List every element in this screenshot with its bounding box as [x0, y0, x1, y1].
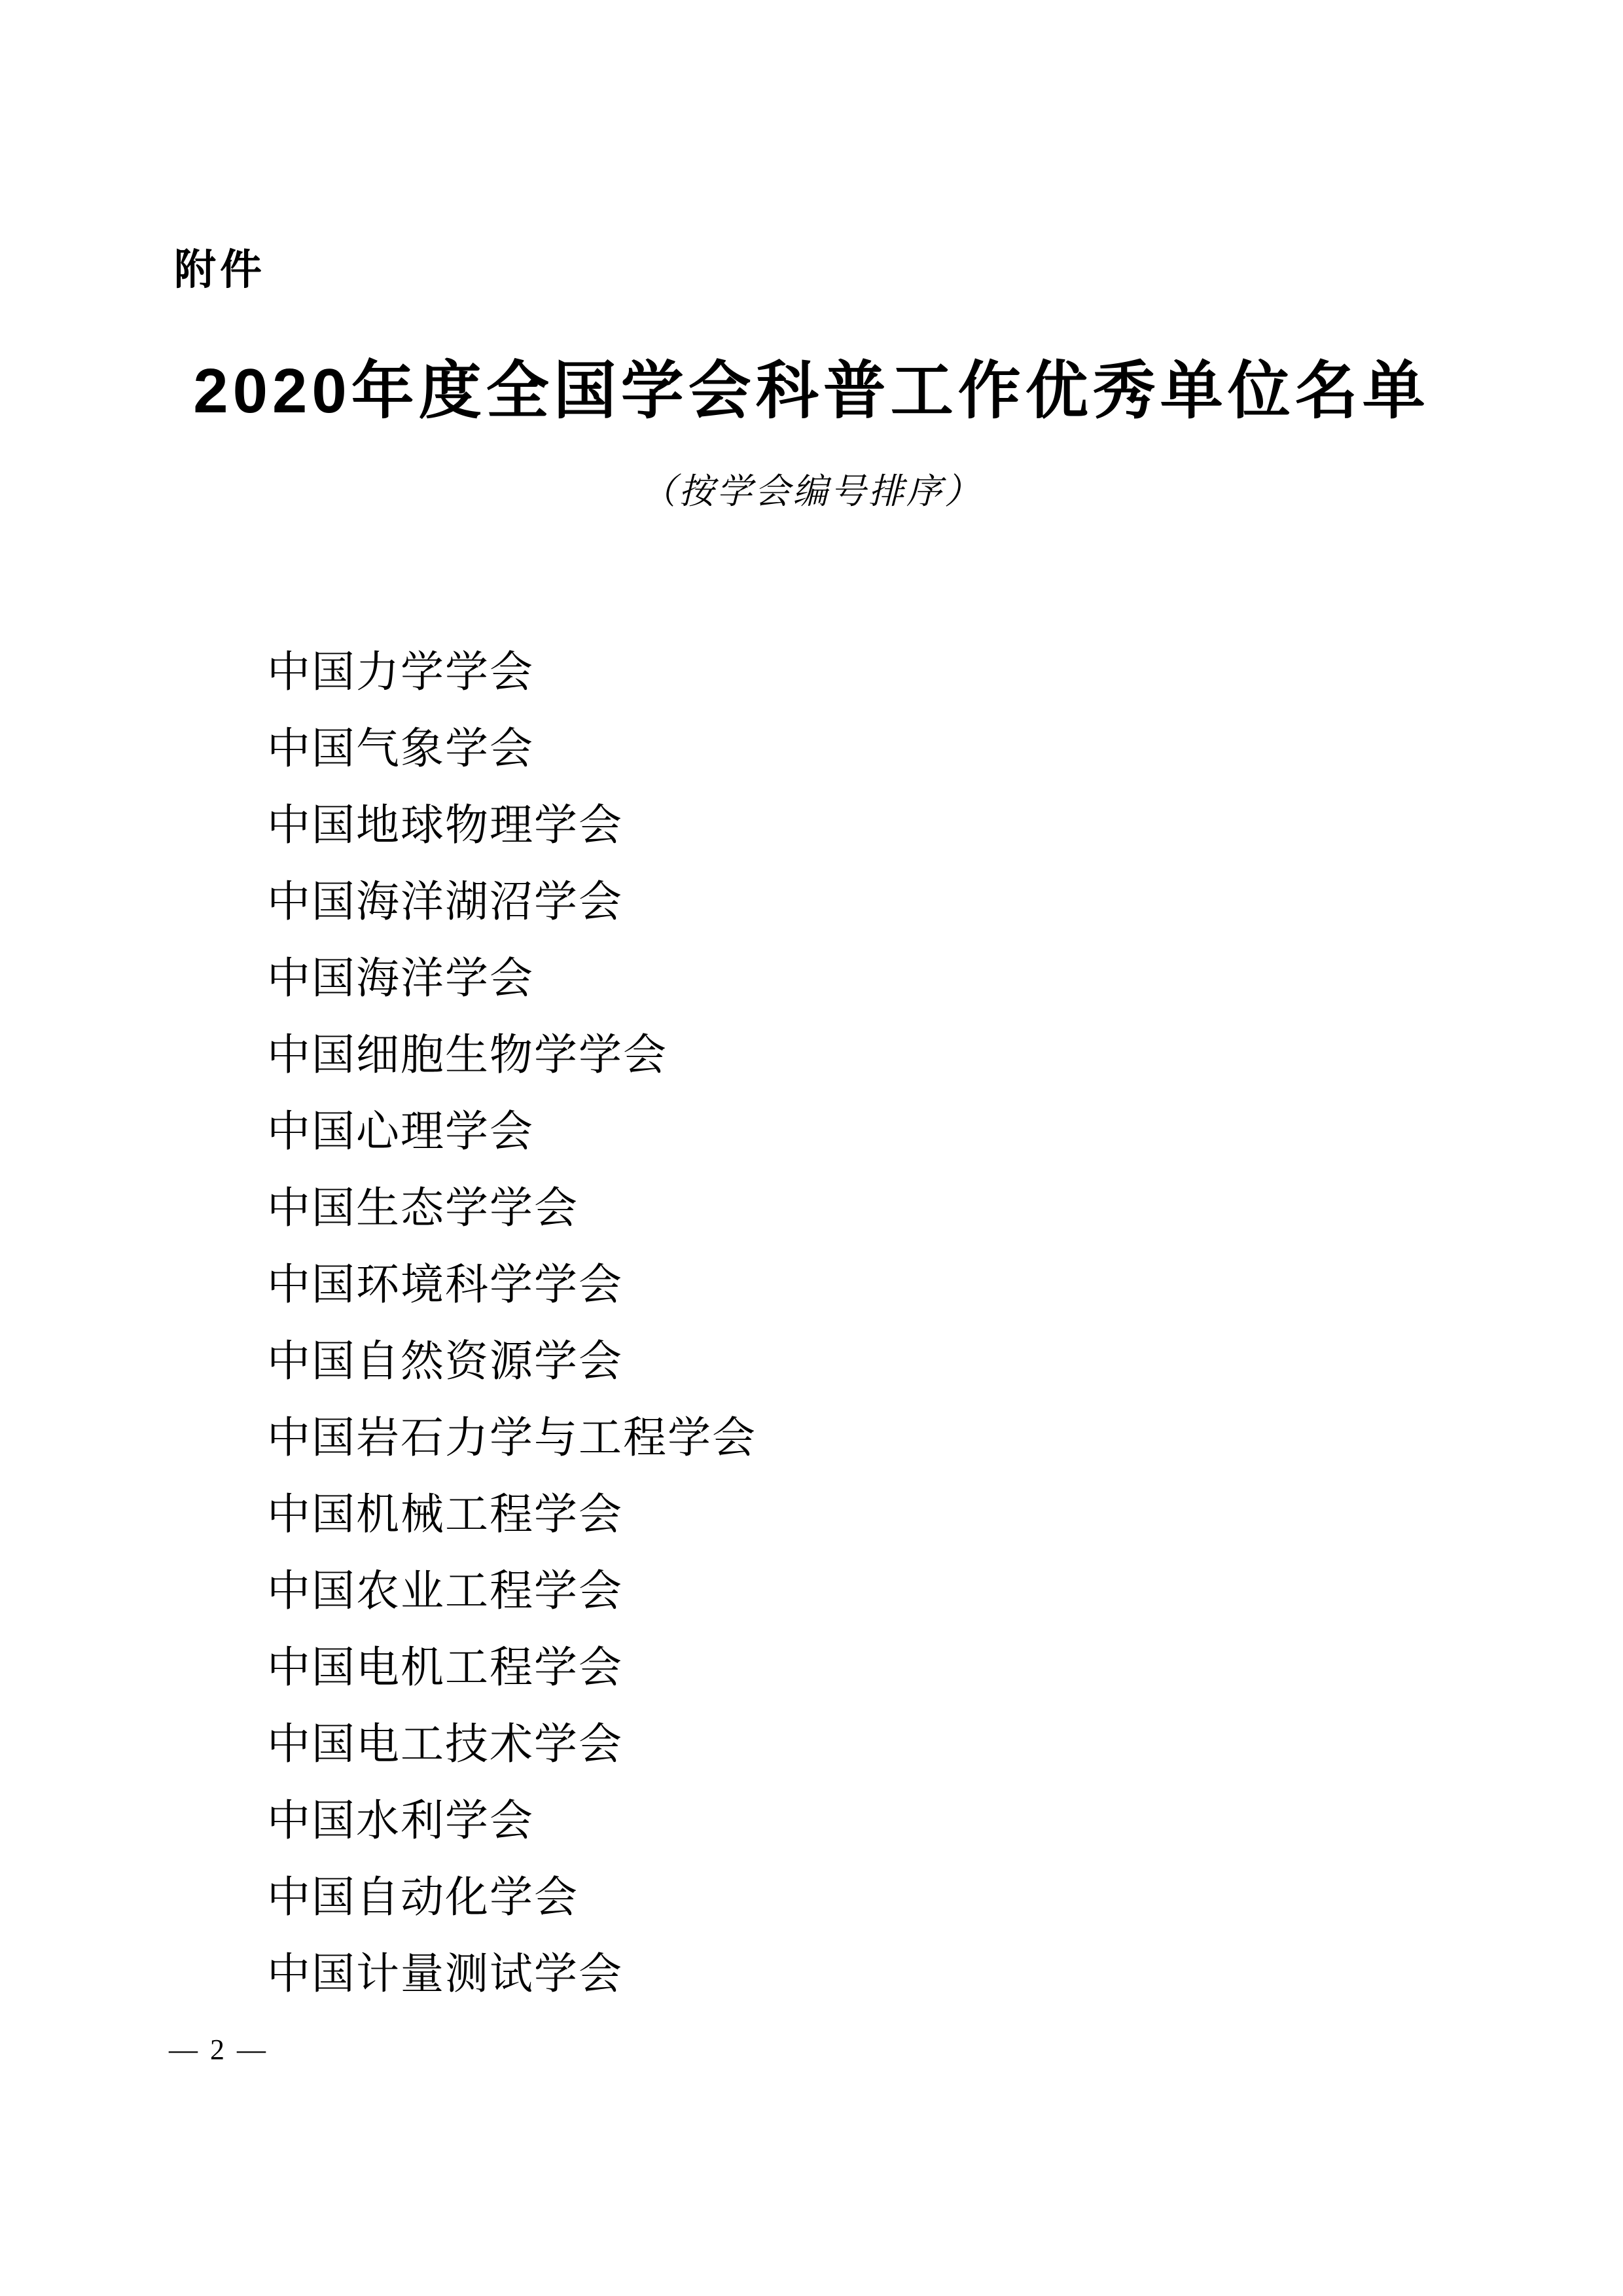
document-page: 附件 2020年度全国学会科普工作优秀单位名单 （按学会编号排序） 中国力学学会…	[0, 0, 1623, 2296]
list-item: 中国岩石力学与工程学会	[267, 1400, 757, 1477]
list-item: 中国电工技术学会	[267, 1706, 757, 1783]
list-item: 中国生态学学会	[267, 1170, 757, 1247]
list-item: 中国计量测试学会	[267, 1936, 757, 2013]
list-item: 中国机械工程学会	[267, 1477, 757, 1553]
society-list: 中国力学学会 中国气象学会 中国地球物理学会 中国海洋湖沼学会 中国海洋学会 中…	[267, 634, 757, 2013]
list-item: 中国地球物理学会	[267, 787, 757, 864]
attachment-label: 附件	[174, 249, 266, 291]
list-item: 中国自然资源学会	[267, 1323, 757, 1400]
list-item: 中国海洋学会	[267, 941, 757, 1017]
document-title: 2020年度全国学会科普工作优秀单位名单	[0, 359, 1623, 425]
list-item: 中国电机工程学会	[267, 1630, 757, 1706]
list-item: 中国环境科学学会	[267, 1247, 757, 1323]
list-item: 中国海洋湖沼学会	[267, 864, 757, 941]
document-subtitle: （按学会编号排序）	[0, 473, 1623, 511]
list-item: 中国水利学会	[267, 1783, 757, 1859]
page-number: — 2 —	[169, 2033, 268, 2068]
list-item: 中国心理学会	[267, 1094, 757, 1170]
list-item: 中国自动化学会	[267, 1859, 757, 1936]
list-item: 中国力学学会	[267, 634, 757, 711]
list-item: 中国农业工程学会	[267, 1553, 757, 1630]
list-item: 中国细胞生物学学会	[267, 1017, 757, 1094]
list-item: 中国气象学会	[267, 711, 757, 787]
